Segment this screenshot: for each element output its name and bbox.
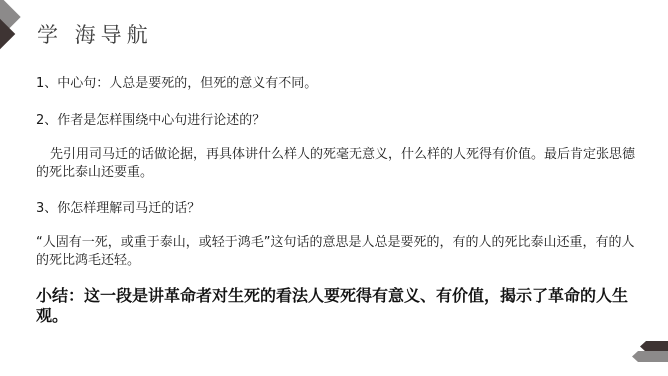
question-2: 2、作者是怎样围绕中心句进行论述的？ [36,112,265,129]
question-1: 1、中心句：人总是要死的，但死的意义有不同。 [36,75,317,92]
summary-text: 小结：这一段是讲革命者对生死的看法人要死得有意义、有价值，揭示了革命的人生观。 [36,286,636,326]
decorative-gray-arrow-icon [632,351,668,362]
question-3: 3、你怎样理解司马迁的话？ [36,200,200,217]
decorative-dark-arrow-icon [640,341,668,352]
answer-2: 先引用司马迁的话做论据，再具体讲什么样人的死毫无意义，什么样的人死得有价值。最后… [36,146,636,182]
slide: 学 海导航 1、中心句：人总是要死的，但死的意义有不同。 2、作者是怎样围绕中心… [0,0,668,376]
slide-title: 学 海导航 [37,19,153,49]
answer-3: “人固有一死，或重于泰山，或轻于鸿毛”这句话的意思是人总是要死的，有的人的死比泰… [36,234,636,270]
